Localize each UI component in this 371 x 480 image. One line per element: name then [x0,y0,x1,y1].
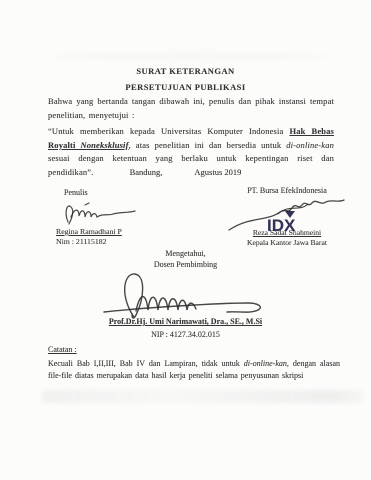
dateline-city: Bandung, [130,167,163,177]
institution-signatory-title: Kepala Kantor Jawa Barat [226,238,348,247]
note-heading: Catatan : [48,344,340,356]
advisor-ack: Mengetahui, [0,249,371,260]
idx-stamp: IDX [264,208,310,238]
author-signature [58,200,140,227]
institution-company: PT. Bursa EfekIndonesia [226,186,348,195]
online-term: di-online-kan [286,140,334,150]
scan-smudge-bottom [42,390,363,403]
author-signature-block: Penulis Regina Ramadhani P Nim : 2111518… [56,188,186,246]
advisor-signature-block: Mengetahui, Dosen Pembimbing Prof.Dr.Hj.… [0,249,371,339]
note-block: Catatan : Kecuali Bab I,II,III, Bab IV d… [48,344,340,382]
title-line-1: SURAT KETERANGAN [0,66,371,76]
institution-signature-block: PT. Bursa EfekIndonesia IDX Reza Sadat S… [226,186,348,247]
advisor-name: Prof.Dr.Hj. Umi Narimawati, Dra., SE., M… [0,317,371,326]
author-nim: Nim : 21115182 [56,237,186,246]
scanned-letter-page: SURAT KETERANGAN PERSETUJUAN PUBLIKASI B… [0,0,371,480]
consent-text-1: “Untuk memberikan kepada Universitas Kom… [48,126,289,136]
advisor-signature [100,267,272,319]
scan-smudge-top [50,53,331,60]
note-paragraph: Kecuali Bab I,II,III, Bab IV dan Lampira… [48,358,340,382]
nonexclusive-clause: Noneksklusif [80,140,128,150]
advisor-nip: NIP : 4127.34.02.015 [0,330,371,339]
author-name: Regina Ramadhani P [56,227,186,236]
author-role: Penulis [64,188,186,197]
advisor-role: Dosen Pembimbing [0,260,371,271]
note-online-term: di-online-kan [244,359,287,368]
consent-text-2: , atas penelitian ini dan bersedia untuk [129,140,287,150]
letter-title: SURAT KETERANGAN PERSETUJUAN PUBLIKASI [0,66,371,92]
intro-paragraph: Bahwa yang bertanda tangan dibawah ini, … [48,95,334,122]
intro-text: Bahwa yang bertanda tangan dibawah ini, … [48,96,334,120]
dateline: Bandung, Agustus 2019 [0,167,371,177]
dateline-date: Agustus 2019 [194,167,241,177]
idx-logo-text: IDX [267,216,296,235]
note-text-1: Kecuali Bab I,II,III, Bab IV dan Lampira… [48,359,244,368]
title-line-2: PERSETUJUAN PUBLIKASI [0,82,371,92]
